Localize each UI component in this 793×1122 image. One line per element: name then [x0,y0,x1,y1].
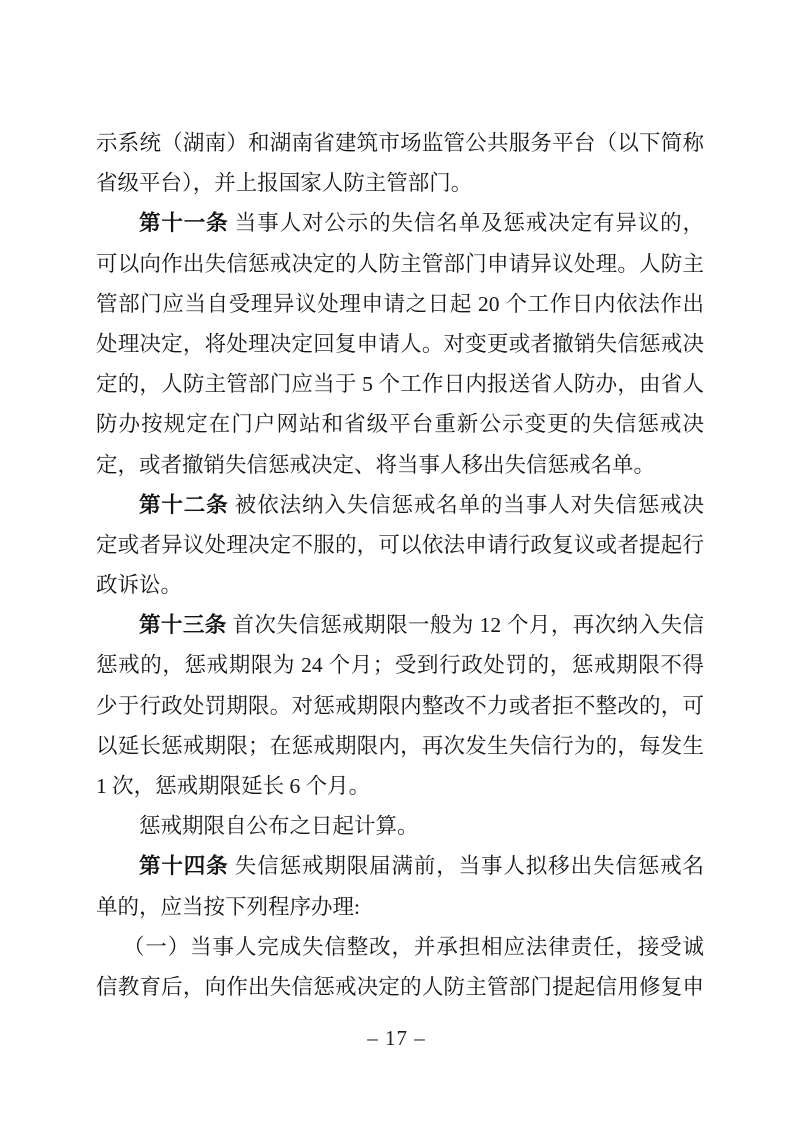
text-line: 第十二条 被依法纳入失信惩戒名单的当事人对失信惩戒决 [96,485,704,525]
text-line: 少于行政处罚期限。对惩戒期限内整改不力或者拒不整改的，可 [96,686,704,726]
text-line: 防办按规定在门户网站和省级平台重新公示变更的失信惩戒决 [96,404,704,444]
text-line: 信教育后，向作出失信惩戒决定的人防主管部门提起信用修复申 [96,967,704,1007]
text-line: 惩戒的，惩戒期限为 24 个月；受到行政处罚的，惩戒期限不得 [96,645,704,685]
article-heading: 第十三条 [139,613,227,637]
text-line: 以延长惩戒期限；在惩戒期限内，再次发生失信行为的，每发生 [96,726,704,766]
text-line: 可以向作出失信惩戒决定的人防主管部门申请异议处理。人防主 [96,244,704,284]
text-line: 示系统（湖南）和湖南省建筑市场监管公共服务平台（以下简称 [96,123,704,163]
article-heading: 第十四条 [139,854,229,878]
text-line: 第十三条 首次失信惩戒期限一般为 12 个月，再次纳入失信 [96,605,704,645]
text-line: 1 次，惩戒期限延长 6 个月。 [96,766,704,806]
article-heading: 第十一条 [139,211,229,235]
article-heading: 第十二条 [139,493,229,517]
text-line: 第十四条 失信惩戒期限届满前，当事人拟移出失信惩戒名 [96,846,704,886]
text-line: 定或者异议处理决定不服的，可以依法申请行政复议或者提起行 [96,525,704,565]
text-line: 处理决定，将处理决定回复申请人。对变更或者撤销失信惩戒决 [96,324,704,364]
text-line: 定的，人防主管部门应当于 5 个工作日内报送省人防办，由省人 [96,364,704,404]
document-page: 示系统（湖南）和湖南省建筑市场监管公共服务平台（以下简称省级平台），并上报国家人… [0,0,793,1122]
text-line: （一）当事人完成失信整改，并承担相应法律责任，接受诚 [96,927,704,967]
text-line: 第十一条 当事人对公示的失信名单及惩戒决定有异议的， [96,203,704,243]
text-line: 定，或者撤销失信惩戒决定、将当事人移出失信惩戒名单。 [96,445,704,485]
page-number: – 17 – [0,1026,793,1051]
text-line: 单的，应当按下列程序办理: [96,887,704,927]
text-line: 省级平台），并上报国家人防主管部门。 [96,163,704,203]
text-line: 政诉讼。 [96,565,704,605]
document-body: 示系统（湖南）和湖南省建筑市场监管公共服务平台（以下简称省级平台），并上报国家人… [96,123,704,1007]
text-line: 惩戒期限自公布之日起计算。 [96,806,704,846]
text-line: 管部门应当自受理异议处理申请之日起 20 个工作日内依法作出 [96,284,704,324]
